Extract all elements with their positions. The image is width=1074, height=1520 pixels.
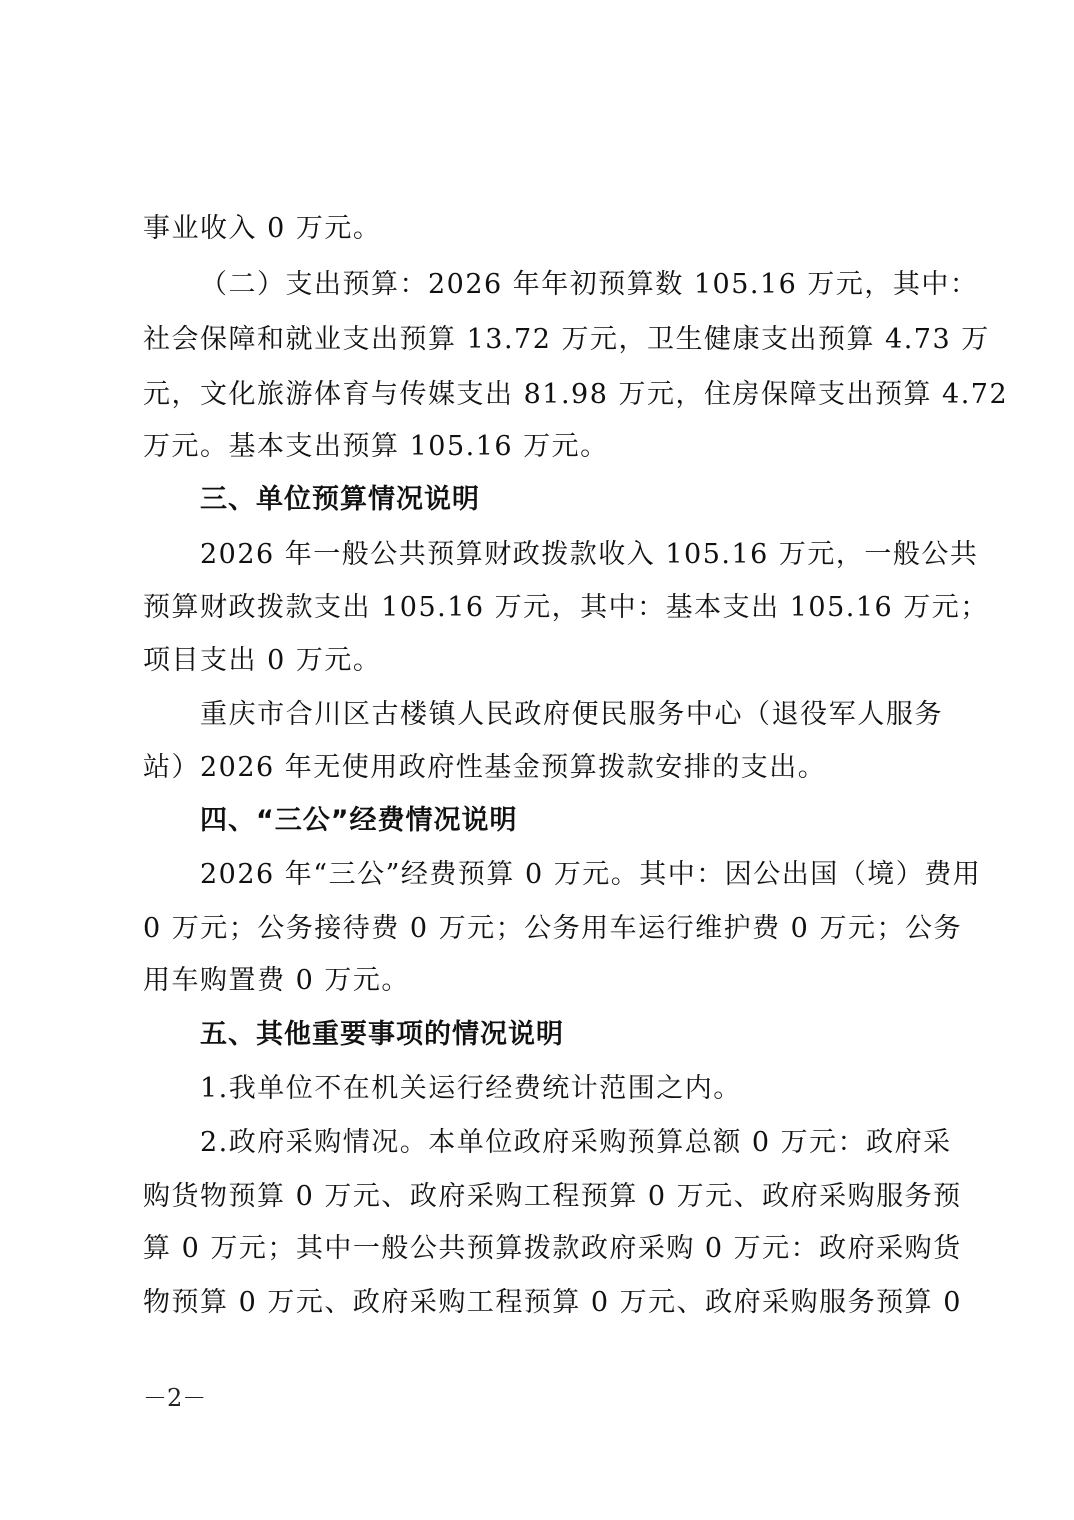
paragraph-line: 预算财政拨款支出 105.16 万元，其中：基本支出 105.16 万元； xyxy=(143,585,943,624)
paragraph-line: 用车购置费 0 万元。 xyxy=(143,958,943,997)
paragraph-line: 2.政府采购情况。本单位政府采购预算总额 0 万元：政府采 xyxy=(200,1120,943,1159)
heading-other-matters: 五、其他重要事项的情况说明 xyxy=(200,1012,943,1051)
paragraph-line: 购货物预算 0 万元、政府采购工程预算 0 万元、政府采购服务预 xyxy=(143,1174,943,1213)
paragraph-line: 1.我单位不在机关运行经费统计范围之内。 xyxy=(200,1066,943,1105)
paragraph-line: 站）2026 年无使用政府性基金预算拨款安排的支出。 xyxy=(143,745,943,784)
heading-three-public-expenses: 四、“三公”经费情况说明 xyxy=(200,798,943,837)
page-number: －2－ xyxy=(143,1378,206,1413)
paragraph-line: 项目支出 0 万元。 xyxy=(143,638,943,677)
paragraph-line: 社会保障和就业支出预算 13.72 万元，卫生健康支出预算 4.73 万 xyxy=(143,317,943,356)
paragraph-line: 2026 年“三公”经费预算 0 万元。其中：因公出国（境）费用 xyxy=(200,852,943,891)
paragraph-line: 元，文化旅游体育与传媒支出 81.98 万元，住房保障支出预算 4.72 xyxy=(143,372,943,411)
heading-unit-budget: 三、单位预算情况说明 xyxy=(200,477,943,516)
paragraph-line: 事业收入 0 万元。 xyxy=(143,206,943,245)
paragraph-line: 万元。基本支出预算 105.16 万元。 xyxy=(143,424,943,463)
section-2-expenditure-budget: （二）支出预算：2026 年年初预算数 105.16 万元，其中： xyxy=(200,262,943,301)
paragraph-line: 物预算 0 万元、政府采购工程预算 0 万元、政府采购服务预算 0 xyxy=(143,1280,943,1319)
document-page: 事业收入 0 万元。 （二）支出预算：2026 年年初预算数 105.16 万元… xyxy=(0,0,1074,1520)
paragraph-line: 算 0 万元；其中一般公共预算拨款政府采购 0 万元：政府采购货 xyxy=(143,1226,943,1265)
paragraph-line: 2026 年一般公共预算财政拨款收入 105.16 万元，一般公共 xyxy=(200,532,943,571)
paragraph-line: 0 万元；公务接待费 0 万元；公务用车运行维护费 0 万元；公务 xyxy=(143,906,943,945)
paragraph-line: 重庆市合川区古楼镇人民政府便民服务中心（退役军人服务 xyxy=(200,692,943,731)
